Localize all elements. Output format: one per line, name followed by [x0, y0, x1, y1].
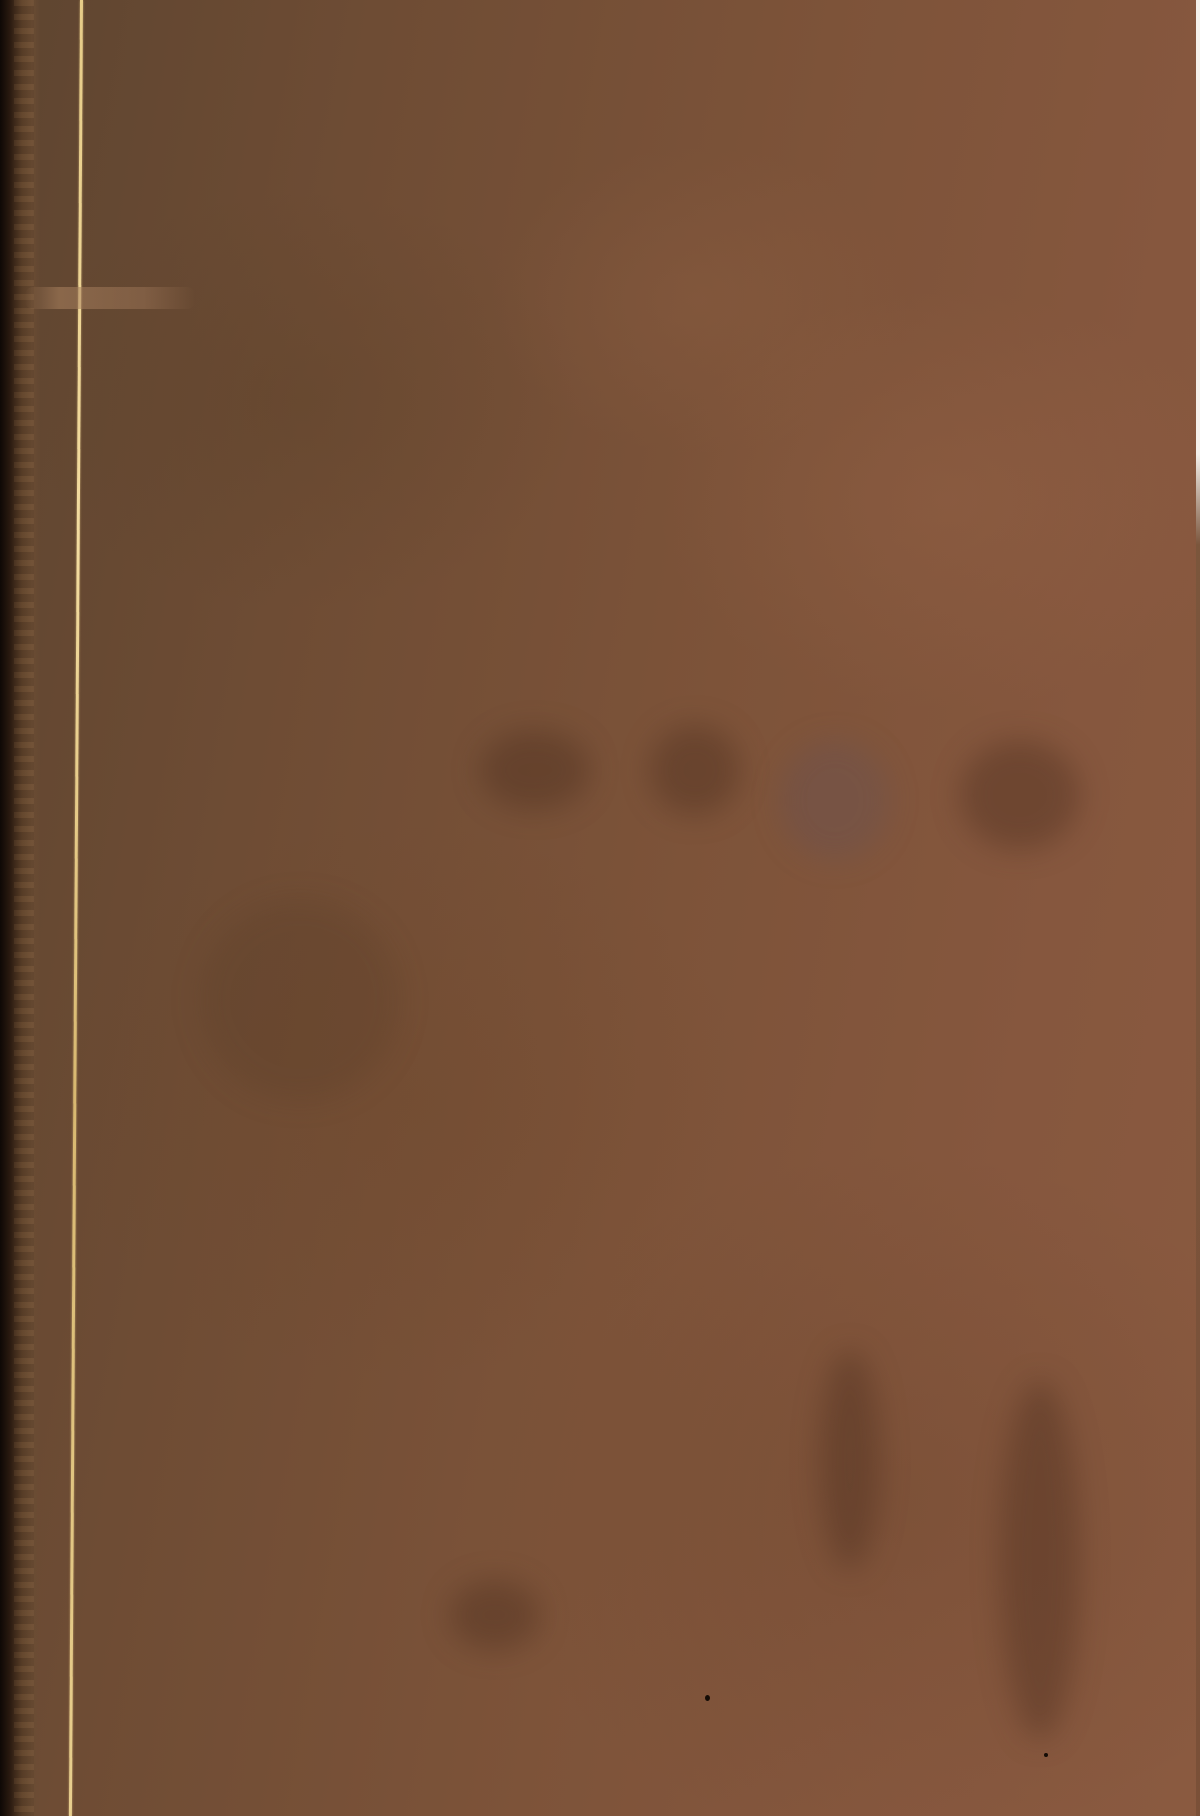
stain [480, 730, 590, 810]
book-cover [0, 0, 1200, 1816]
stain [960, 740, 1080, 850]
stain [450, 1580, 540, 1650]
stain [820, 1350, 880, 1570]
stain [780, 740, 890, 860]
speck [1044, 1753, 1048, 1757]
page-edge [1196, 0, 1200, 1816]
gold-fillet-line [69, 0, 83, 1816]
stain [200, 900, 400, 1100]
stain [650, 725, 740, 815]
cover-crease [25, 287, 195, 309]
speck [705, 1695, 710, 1701]
stain [1000, 1380, 1080, 1740]
spine-texture [14, 0, 34, 1816]
